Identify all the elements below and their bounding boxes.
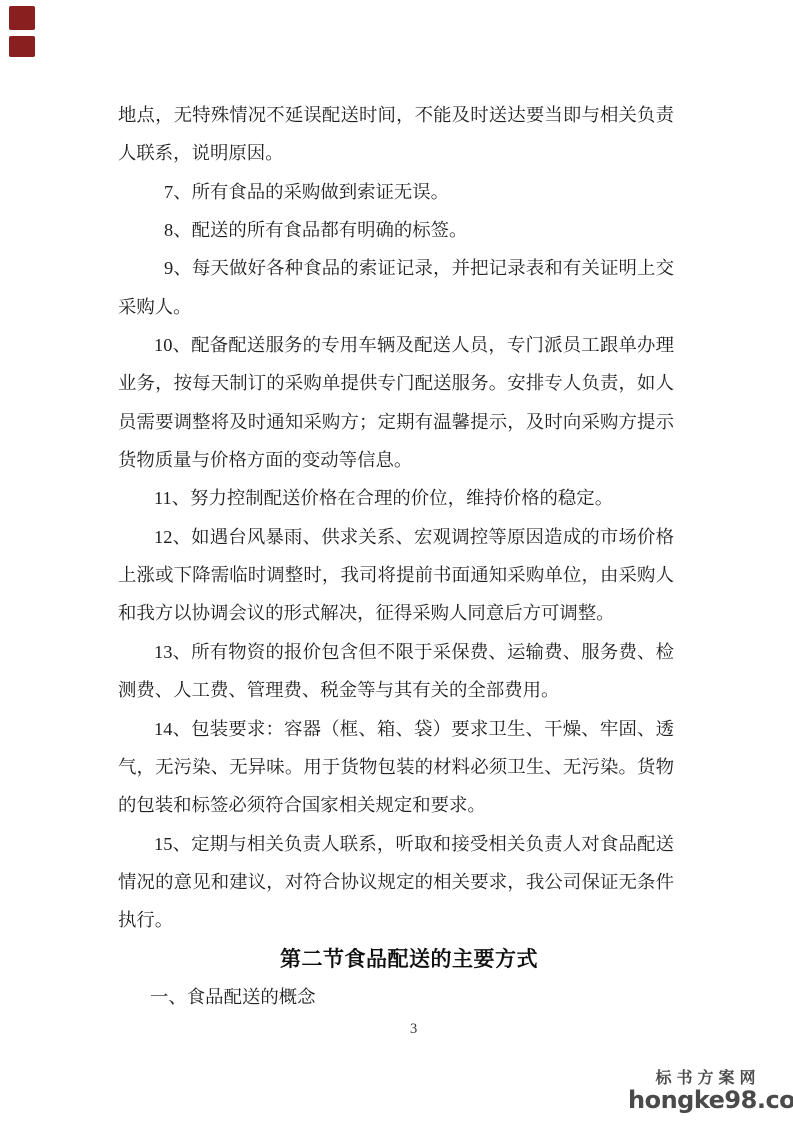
text-line: 一、食品配送的概念: [118, 978, 674, 1016]
document-body: 地点，无特殊情况不延误配送时间，不能及时送达要当即与相关负责人联系，说明原因。7…: [118, 96, 674, 1016]
text-line: 15、定期与相关负责人联系，听取和接受相关负责人对食品配送: [118, 825, 674, 863]
text-line: 9、每天做好各种食品的索证记录，并把记录表和有关证明上交: [118, 249, 674, 287]
text-line: 10、配备配送服务的专用车辆及配送人员，专门派员工跟单办理: [118, 326, 674, 364]
watermark-site-name: 标书方案网: [628, 1068, 788, 1088]
text-line: 8、配送的所有食品都有明确的标签。: [118, 211, 674, 249]
text-line: 业务，按每天制订的采购单提供专门配送服务。安排专人负责，如人: [118, 364, 674, 402]
document-page: 地点，无特殊情况不延误配送时间，不能及时送达要当即与相关负责人联系，说明原因。7…: [0, 0, 793, 1122]
text-line: 11、努力控制配送价格在合理的价位，维持价格的稳定。: [118, 479, 674, 517]
text-line: 测费、人工费、管理费、税金等与其有关的全部费用。: [118, 671, 674, 709]
text-line: 货物质量与价格方面的变动等信息。: [118, 441, 674, 479]
red-corner-mark-bottom: [9, 36, 35, 57]
text-line: 人联系，说明原因。: [118, 134, 674, 172]
text-line: 14、包装要求：容器（框、箱、袋）要求卫生、干燥、牢固、透: [118, 710, 674, 748]
text-line: 情况的意见和建议，对符合协议规定的相关要求，我公司保证无条件: [118, 863, 674, 901]
text-line: 和我方以协调会议的形式解决，征得采购人同意后方可调整。: [118, 594, 674, 632]
watermark: 标书方案网 hongke98.com: [628, 1068, 788, 1113]
text-line: 的包装和标签必须符合国家相关规定和要求。: [118, 786, 674, 824]
text-line: 气，无污染、无异味。用于货物包装的材料必须卫生、无污染。货物: [118, 748, 674, 786]
text-line: 7、所有食品的采购做到索证无误。: [118, 173, 674, 211]
red-corner-mark-top: [9, 6, 35, 30]
text-line: 上涨或下降需临时调整时，我司将提前书面通知采购单位，由采购人: [118, 556, 674, 594]
text-line: 13、所有物资的报价包含但不限于采保费、运输费、服务费、检: [118, 633, 674, 671]
text-line: 执行。: [118, 901, 674, 939]
section-heading: 第二节食品配送的主要方式: [118, 940, 674, 978]
text-line: 采购人。: [118, 288, 674, 326]
text-line: 员需要调整将及时通知采购方；定期有温馨提示，及时向采购方提示: [118, 403, 674, 441]
watermark-site-url: hongke98.com: [628, 1088, 788, 1113]
page-number: 3: [410, 1019, 417, 1039]
text-line: 12、如遇台风暴雨、供求关系、宏观调控等原因造成的市场价格: [118, 518, 674, 556]
text-line: 地点，无特殊情况不延误配送时间，不能及时送达要当即与相关负责: [118, 96, 674, 134]
